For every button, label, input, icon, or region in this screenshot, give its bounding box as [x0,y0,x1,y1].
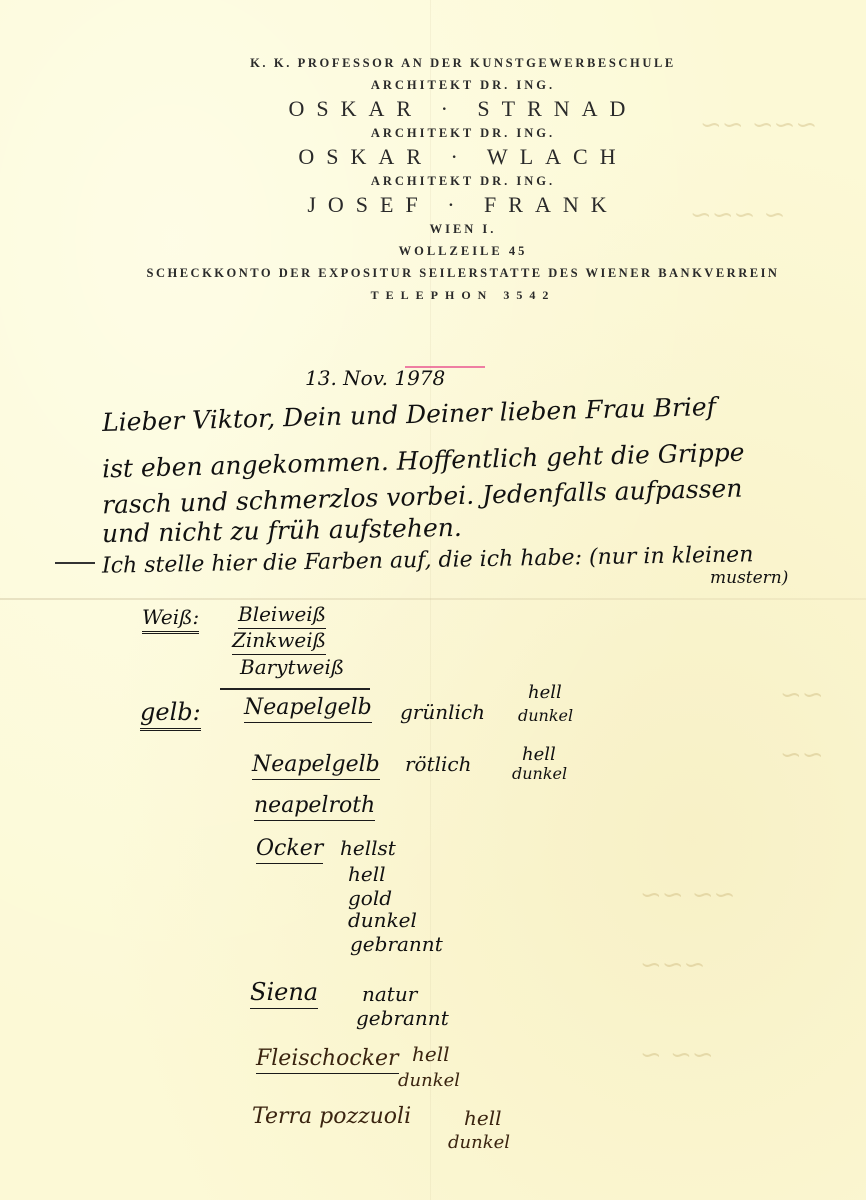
letterhead-title: ARCHITEKT DR. ING. [60,74,866,96]
margin-dash [55,562,95,564]
letterhead-professorship: K. K. PROFESSOR AN DER KUNSTGEWERBESCHUL… [60,52,866,74]
color-item: Zinkweiß [232,628,326,655]
date-mark [405,366,485,368]
color-shade: hell [412,1042,450,1066]
color-shade: dunkel [512,764,567,783]
bleed-through-text: ~~ ~~ [640,880,735,910]
color-group-label-gelb: gelb: [140,698,201,731]
color-shade: hellst [340,836,396,860]
color-item-variant: grünlich [400,700,485,724]
color-item-variant: rötlich [405,752,472,776]
letterhead-bank: SCHECKKONTO DER EXPOSITUR SEILERSTATTE D… [60,262,866,284]
color-item-name: Ocker [256,836,323,864]
color-shade: gebrannt [356,1006,449,1030]
color-shade: hell [348,862,386,886]
letterhead-telephone: TELEPHON 3542 [60,284,866,306]
color-item: Bleiweiß [238,602,326,629]
color-item-name: Neapelgelb [244,695,372,723]
color-group-label-weiss: Weiß: [142,605,199,634]
color-item: Barytweiß [240,655,344,679]
color-item-name: Siena [250,978,318,1009]
section-divider [220,688,370,690]
color-item-name: Fleischocker [256,1046,399,1074]
bleed-through-text: ~~ [780,680,824,710]
letterhead-street: WOLLZEILE 45 [60,240,866,262]
color-item-name: Terra pozzuoli [252,1104,411,1129]
color-shade: dunkel [518,706,573,725]
letterhead-title: ARCHITEKT DR. ING. [60,170,866,192]
color-item-name: neapelroth [254,793,375,821]
color-shade: hell [464,1106,502,1130]
color-shade: dunkel [348,908,417,932]
letterhead-name-strnad: OSKAR · STRNAD [60,96,866,122]
bleed-through-text: ~~ [780,740,824,770]
letterhead-city: WIEN I. [60,218,866,240]
color-shade: gebrannt [350,932,443,956]
letterhead-name-wlach: OSKAR · WLACH [60,144,866,170]
paper-fold-line [0,598,866,600]
color-shade: gold [348,886,392,910]
letterhead: K. K. PROFESSOR AN DER KUNSTGEWERBESCHUL… [60,52,866,306]
bleed-through-text: ~~ ~ [640,1040,714,1070]
letter-body-line: mustern) [710,568,788,588]
color-shade: hell [528,682,562,703]
letterhead-title: ARCHITEKT DR. ING. [60,122,866,144]
color-shade: dunkel [448,1132,510,1153]
color-shade: dunkel [398,1070,460,1091]
color-item-name: Neapelgelb [252,752,380,780]
bleed-through-text: ~~~ [640,950,705,980]
color-shade: hell [522,744,556,765]
color-shade: natur [362,982,417,1006]
letterhead-name-frank: JOSEF · FRANK [60,192,866,218]
letter-date: 13. Nov. 1978 [305,366,445,390]
